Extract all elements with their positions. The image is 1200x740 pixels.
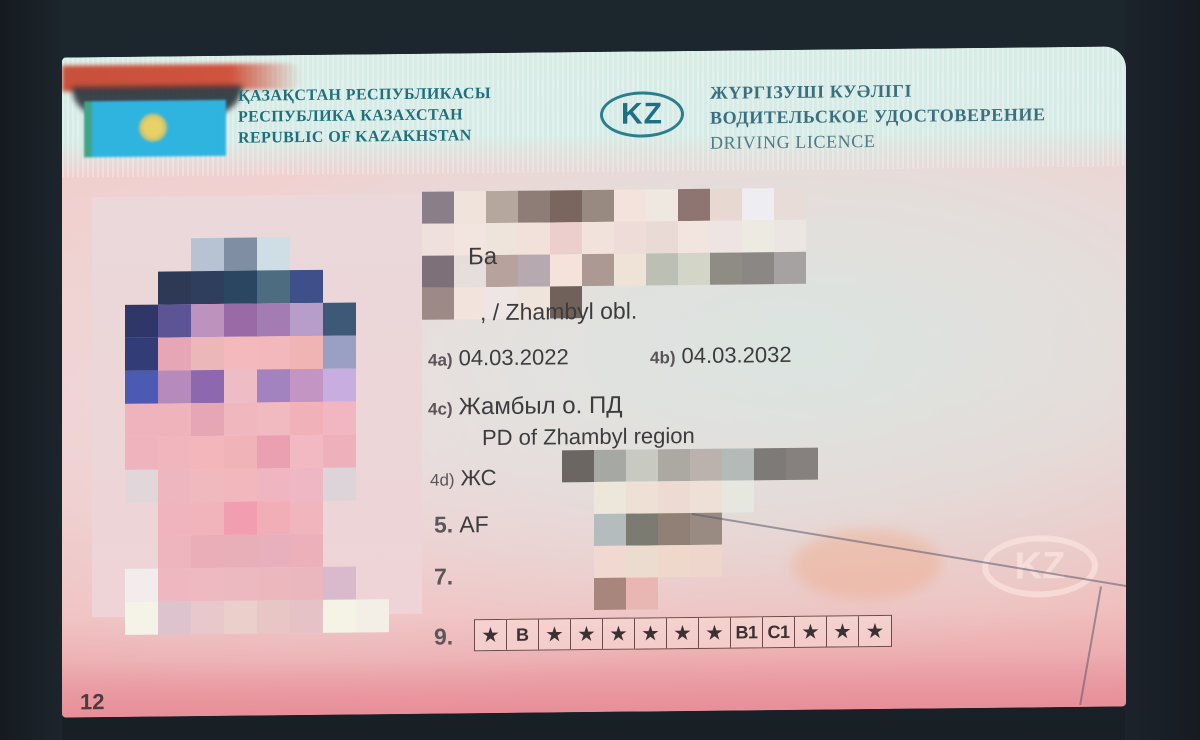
title-line-en: DRIVING LICENCE	[710, 127, 1046, 156]
pixel-block	[191, 469, 224, 502]
field-4c: 4c)Жамбыл о. ПД	[428, 392, 622, 422]
category-box-b: B	[507, 620, 539, 650]
pixel-block	[158, 535, 191, 568]
pixel-block	[786, 448, 818, 480]
field-4c-value-ru: Жамбыл о. ПД	[459, 392, 623, 421]
category-box-empty: ★	[571, 619, 603, 649]
pixel-block	[191, 304, 224, 337]
pixel-block	[646, 189, 678, 221]
field-4b-label: 4b)	[650, 348, 676, 367]
pixel-block	[290, 369, 323, 402]
pixel-block	[582, 222, 614, 254]
pixel-block	[125, 470, 158, 503]
pixel-block	[191, 568, 224, 601]
pixel-block	[323, 401, 356, 434]
pixel-block	[191, 436, 224, 469]
field-4b: 4b)04.03.2032	[650, 342, 792, 369]
background-frame-left	[0, 0, 62, 740]
pixel-block	[257, 435, 290, 468]
pixel-block	[323, 599, 356, 632]
pixel-block	[257, 534, 290, 567]
pixel-block	[290, 435, 323, 468]
pixel-block	[257, 336, 290, 369]
field-4a: 4a)04.03.2022	[428, 344, 569, 371]
pixel-block	[257, 237, 290, 270]
pixel-block	[224, 271, 257, 304]
field-4a-value: 04.03.2022	[459, 344, 569, 370]
field-7-label: 7.	[434, 563, 453, 589]
pixel-block	[774, 188, 806, 220]
issuer-line-kk: ҚАЗАҚСТАН РЕСПУБЛИКАСЫ	[238, 83, 491, 107]
pixel-block	[742, 188, 774, 220]
pixel-block	[158, 502, 191, 535]
pixel-block	[690, 449, 722, 481]
field-5-value: AF	[459, 511, 488, 537]
pixel-block	[550, 222, 582, 254]
pixel-block	[646, 253, 678, 285]
pixel-block	[658, 513, 690, 545]
pixel-block	[224, 535, 257, 568]
pixel-block	[290, 567, 323, 600]
field-4d-label: 4d)	[430, 470, 455, 489]
flag-sun-icon	[138, 112, 168, 142]
document-title-block: ЖҮРГІЗУШІ КУӘЛІГІ ВОДИТЕЛЬСКОЕ УДОСТОВЕР…	[710, 77, 1046, 156]
pixel-block	[518, 254, 550, 286]
pixel-block	[626, 449, 658, 481]
pixel-block	[774, 220, 806, 252]
pixel-block	[290, 270, 323, 303]
kz-watermark: KZ	[982, 535, 1098, 598]
pixel-block	[594, 482, 626, 514]
pixel-block	[125, 404, 158, 437]
pixel-block	[678, 253, 710, 285]
pixel-block	[290, 600, 323, 633]
pixel-block	[323, 368, 356, 401]
category-box-c1: C1	[763, 617, 795, 647]
pixel-block	[594, 578, 626, 610]
category-box-empty: ★	[539, 619, 571, 649]
pixel-block	[191, 337, 224, 370]
pixel-block	[257, 600, 290, 633]
pixel-block	[658, 449, 690, 481]
issuer-line-en: REPUBLIC OF KAZAKHSTAN	[238, 125, 491, 149]
category-box-empty: ★	[603, 619, 635, 649]
category-box-empty: ★	[795, 617, 827, 647]
pixel-block	[646, 221, 678, 253]
kazakhstan-flag-icon	[84, 100, 226, 157]
card-bottom-band	[62, 651, 1126, 717]
field-7: 7.	[434, 563, 453, 590]
pixel-block	[710, 188, 742, 220]
pixel-block	[518, 222, 550, 254]
hologram-blob	[792, 528, 942, 600]
pixel-block	[290, 303, 323, 336]
category-box-empty: ★	[667, 618, 699, 648]
category-box-empty: ★	[475, 620, 507, 650]
pixel-block	[158, 271, 191, 304]
pixel-block	[323, 566, 356, 599]
title-line-kk: ЖҮРГІЗУШІ КУӘЛІГІ	[710, 77, 1046, 106]
category-box-empty: ★	[859, 616, 891, 646]
pixel-block	[290, 468, 323, 501]
pixel-block	[626, 513, 658, 545]
field-4b-value: 04.03.2032	[682, 342, 792, 368]
pixel-block	[224, 436, 257, 469]
corner-number: 12	[80, 689, 104, 715]
pixel-block	[614, 253, 646, 285]
field-4c-label: 4c)	[428, 399, 453, 418]
pixel-block	[454, 191, 486, 223]
birthplace-text: , / Zhambyl obl.	[480, 298, 637, 327]
pixel-block	[626, 481, 658, 513]
field-9: 9.	[434, 623, 453, 650]
pixel-block	[158, 304, 191, 337]
pixel-block	[690, 545, 722, 577]
pixel-block	[257, 369, 290, 402]
pixel-block	[158, 337, 191, 370]
pixel-block	[626, 577, 658, 609]
pixel-block	[290, 402, 323, 435]
field-5: 5. AF	[434, 511, 489, 539]
pixel-block	[422, 255, 454, 287]
pixel-block	[224, 568, 257, 601]
driving-licence-card: ҚАЗАҚСТАН РЕСПУБЛИКАСЫ РЕСПУБЛИКА КАЗАХС…	[62, 46, 1126, 717]
pixel-block	[690, 481, 722, 513]
pixel-block	[224, 337, 257, 370]
pixel-block	[722, 480, 754, 512]
pixel-block	[158, 601, 191, 634]
field-4d-value: ЖС	[461, 465, 497, 490]
pixel-block	[224, 601, 257, 634]
pixel-block	[158, 469, 191, 502]
pixel-block	[323, 335, 356, 368]
field-4d: 4d)ЖС	[430, 465, 497, 492]
pixel-block	[290, 534, 323, 567]
pixel-block	[582, 254, 614, 286]
pixel-block	[125, 569, 158, 602]
pixel-block	[158, 436, 191, 469]
pixel-block	[594, 514, 626, 546]
pixel-block	[257, 303, 290, 336]
pixel-block	[125, 305, 158, 338]
pixel-block	[224, 403, 257, 436]
pixel-block	[710, 252, 742, 284]
pixel-block	[323, 467, 356, 500]
category-box-empty: ★	[827, 616, 859, 646]
pixel-block	[594, 546, 626, 578]
pixel-block	[678, 221, 710, 253]
pixel-block	[158, 403, 191, 436]
pixel-block	[257, 402, 290, 435]
flag-ornament	[84, 101, 92, 157]
pixel-block	[323, 434, 356, 467]
pixel-block	[486, 191, 518, 223]
field-4c-value-en: PD of Zhambyl region	[482, 423, 695, 451]
vehicle-categories: ★B★★★★★★B1C1★★★	[474, 615, 892, 651]
pixel-block	[125, 338, 158, 371]
pixel-block	[658, 481, 690, 513]
pixel-block	[614, 221, 646, 253]
pixel-block	[678, 189, 710, 221]
pixel-block	[422, 191, 454, 223]
pixel-block	[518, 190, 550, 222]
pixel-block	[550, 190, 582, 222]
pixel-block	[158, 370, 191, 403]
category-box-empty: ★	[635, 618, 667, 648]
category-box-empty: ★	[699, 618, 731, 648]
pixel-block	[422, 287, 454, 319]
pixel-block	[754, 448, 786, 480]
pixel-block	[224, 238, 257, 271]
pixel-block	[562, 450, 594, 482]
pixel-block	[594, 450, 626, 482]
pixel-block	[422, 223, 454, 255]
pixel-block	[257, 567, 290, 600]
issuer-block: ҚАЗАҚСТАН РЕСПУБЛИКАСЫ РЕСПУБЛИКА КАЗАХС…	[238, 83, 491, 149]
issuer-line-ru: РЕСПУБЛИКА КАЗАХСТАН	[238, 104, 491, 128]
pixel-block	[224, 304, 257, 337]
pixel-block	[257, 468, 290, 501]
pixel-block	[257, 270, 290, 303]
field-4a-label: 4a)	[428, 350, 453, 369]
pixel-block	[191, 238, 224, 271]
pixel-block	[191, 502, 224, 535]
pixel-block	[191, 370, 224, 403]
field-5-label: 5.	[434, 511, 453, 537]
pixel-block	[191, 601, 224, 634]
pixel-block	[125, 602, 158, 635]
pixel-block	[742, 220, 774, 252]
pixel-block	[257, 501, 290, 534]
pixel-block	[191, 271, 224, 304]
pixel-block	[125, 437, 158, 470]
pixel-block	[323, 302, 356, 335]
pixel-block	[722, 448, 754, 480]
pixel-block	[550, 254, 582, 286]
title-line-ru: ВОДИТЕЛЬСКОЕ УДОСТОВЕРЕНИЕ	[710, 102, 1046, 131]
pixel-block	[290, 501, 323, 534]
category-box-b1: B1	[731, 617, 763, 647]
pixel-block	[125, 371, 158, 404]
pixel-block	[658, 545, 690, 577]
pixel-block	[224, 502, 257, 535]
pixel-block	[224, 469, 257, 502]
holder-photo-redacted	[92, 194, 422, 617]
pixel-block	[191, 403, 224, 436]
field-9-label: 9.	[434, 623, 453, 649]
pixel-block	[710, 220, 742, 252]
name-fragment: Ба	[468, 243, 497, 271]
pixel-block	[191, 535, 224, 568]
pixel-block	[626, 545, 658, 577]
pixel-block	[158, 568, 191, 601]
pixel-block	[774, 252, 806, 284]
pixel-block	[742, 252, 774, 284]
pixel-block	[356, 599, 389, 632]
pixel-block	[290, 336, 323, 369]
background-frame-right	[1125, 0, 1200, 740]
pixel-block	[224, 370, 257, 403]
pixel-block	[582, 190, 614, 222]
pixel-block	[614, 189, 646, 221]
